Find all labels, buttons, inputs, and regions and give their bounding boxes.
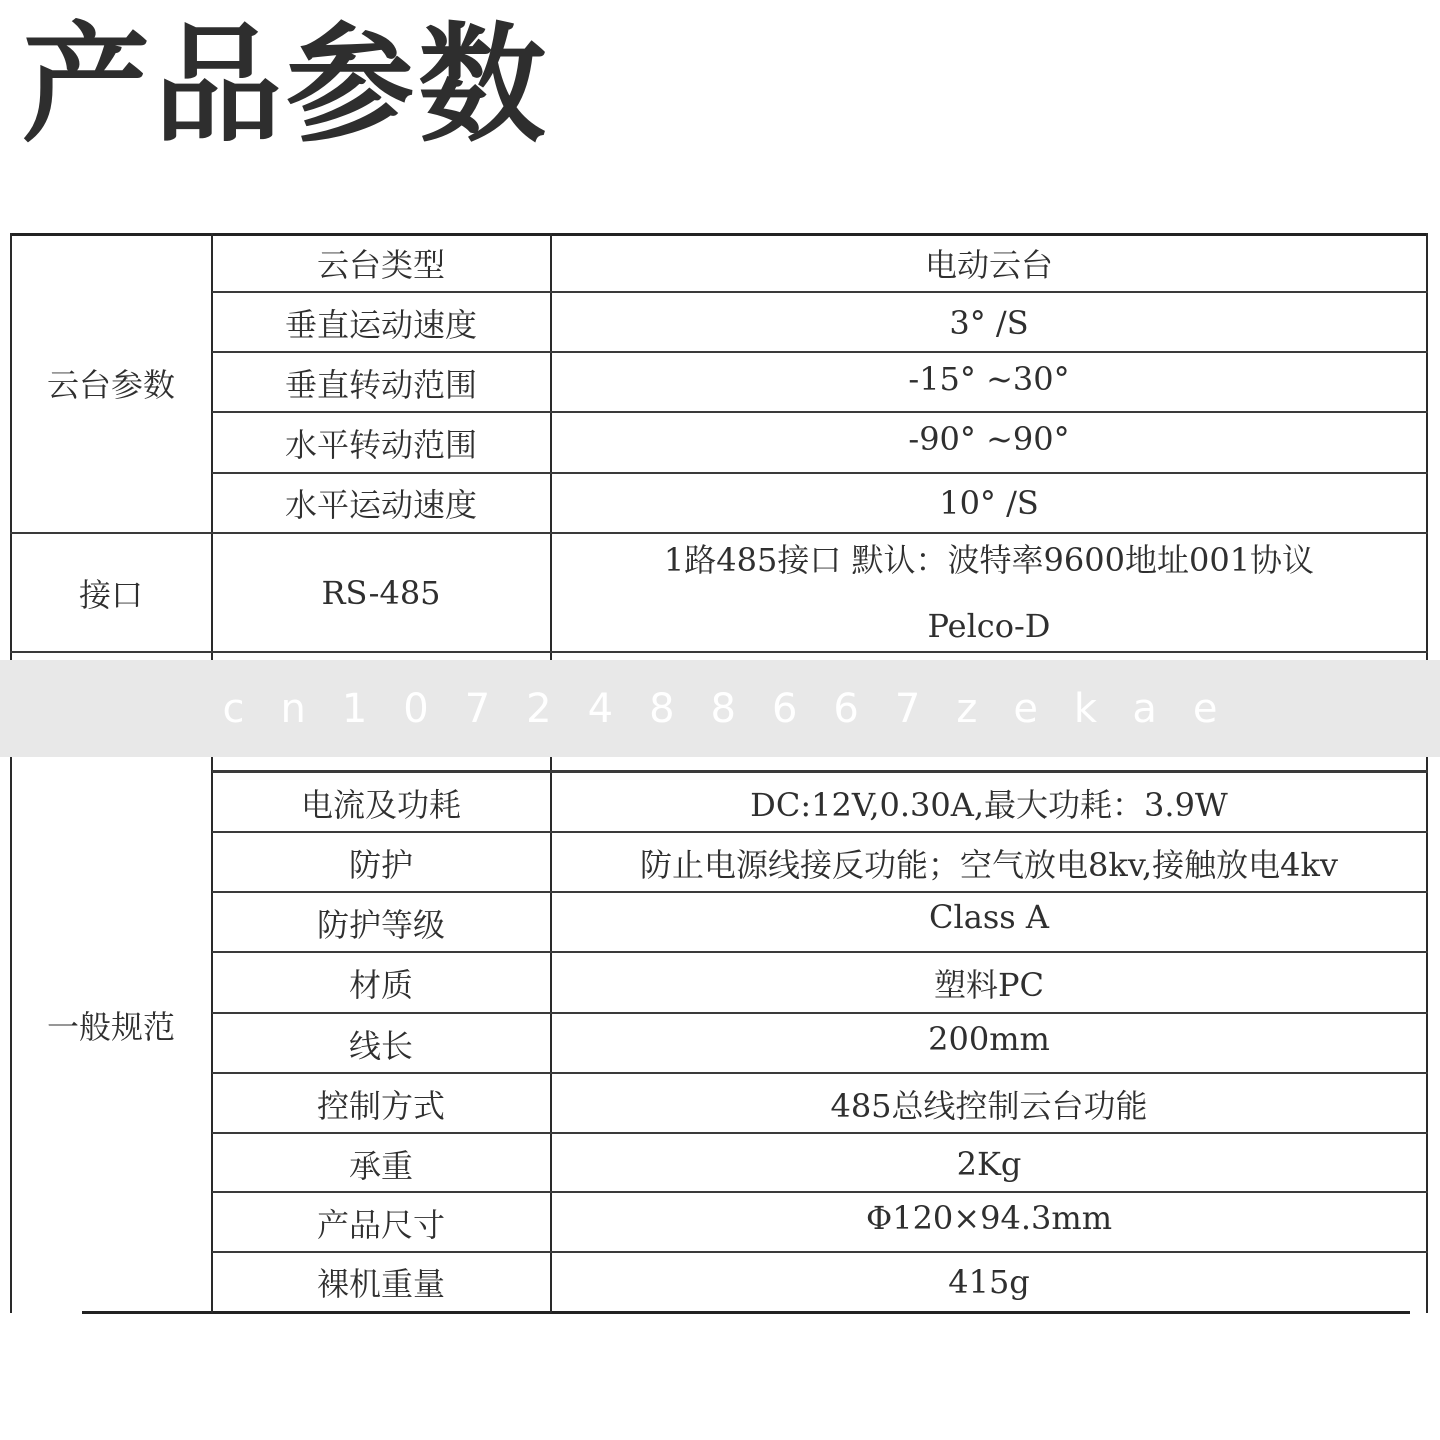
row-label: 产品尺寸 bbox=[212, 1193, 550, 1253]
row-value: 2Kg bbox=[552, 1134, 1426, 1194]
row-value: Φ120×94.3mm bbox=[552, 1188, 1426, 1248]
section-label-interface: 接口 bbox=[10, 534, 212, 652]
row-label: 控制方式 bbox=[212, 1074, 550, 1134]
row-value: DC:12V,0.30A,最大功耗：3.9W bbox=[552, 773, 1426, 833]
row-label: 线长 bbox=[212, 1014, 550, 1074]
row-value-multiline: 1路485接口 默认：波特率9600地址001协议 Pelco-D bbox=[552, 534, 1426, 652]
table-bottom-border bbox=[82, 1311, 1410, 1314]
row-value: 10° /S bbox=[552, 473, 1426, 533]
row-value-line-1: 1路485接口 默认：波特率9600地址001协议 bbox=[664, 527, 1314, 593]
row-label: 水平运动速度 bbox=[212, 473, 550, 533]
section-label-gimbal: 云台参数 bbox=[10, 233, 212, 533]
row-label: 云台类型 bbox=[212, 233, 550, 293]
row-label: 材质 bbox=[212, 953, 550, 1013]
row-value: 塑料PC bbox=[552, 953, 1426, 1013]
row-value: 电动云台 bbox=[552, 233, 1426, 293]
watermark-band: cn1072488667zekae bbox=[0, 660, 1440, 757]
page-title: 产品参数 bbox=[22, 22, 550, 150]
row-value: 200mm bbox=[552, 1009, 1426, 1069]
row-label: 垂直转动范围 bbox=[212, 353, 550, 413]
row-label: 裸机重量 bbox=[212, 1253, 550, 1311]
row-value: Class A bbox=[552, 887, 1426, 947]
row-label: 水平转动范围 bbox=[212, 413, 550, 473]
row-value: 415g bbox=[552, 1253, 1426, 1311]
row-label: 电流及功耗 bbox=[212, 773, 550, 833]
row-label: 垂直运动速度 bbox=[212, 293, 550, 353]
row-label: RS-485 bbox=[212, 534, 550, 652]
row-label: 承重 bbox=[212, 1134, 550, 1194]
row-value: -15° ~30° bbox=[552, 349, 1426, 409]
row-value: 485总线控制云台功能 bbox=[552, 1074, 1426, 1134]
row-label: 防护 bbox=[212, 833, 550, 893]
row-value: -90° ~90° bbox=[552, 409, 1426, 469]
row-label: 防护等级 bbox=[212, 893, 550, 953]
row-value-line-2: Pelco-D bbox=[928, 593, 1051, 659]
row-value: 3° /S bbox=[552, 293, 1426, 353]
row-value: 防止电源线接反功能；空气放电8kv,接触放电4kv bbox=[552, 833, 1426, 893]
watermark-text: cn1072488667zekae bbox=[186, 686, 1253, 732]
table-right-border bbox=[1426, 233, 1428, 1313]
